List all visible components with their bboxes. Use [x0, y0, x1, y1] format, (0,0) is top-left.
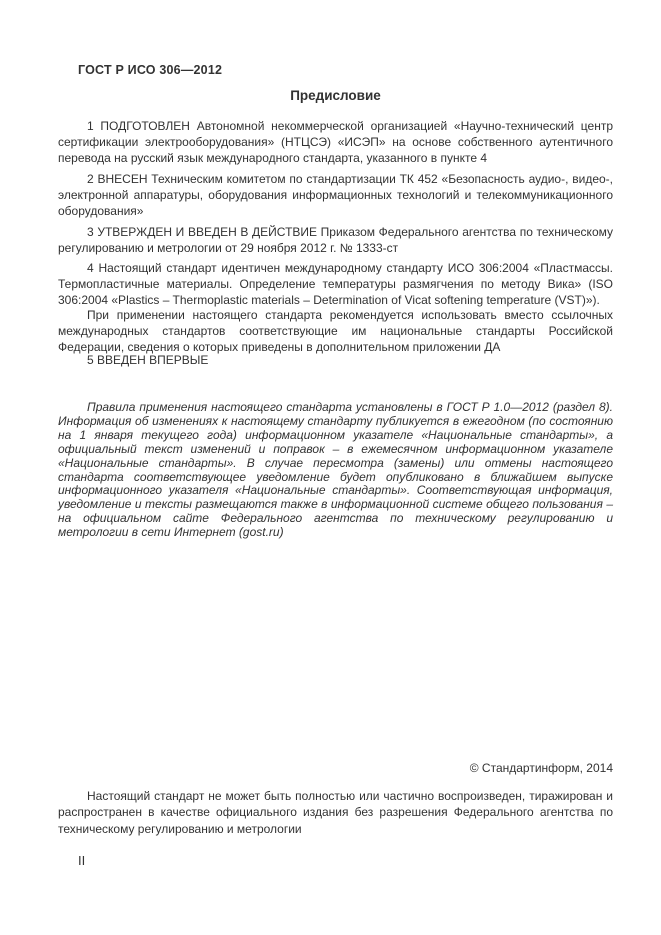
foreword-item-4: 4 Настоящий стандарт идентичен междунаро…: [58, 261, 613, 308]
page-title: Предисловие: [58, 88, 613, 103]
application-rules-note: Правила применения настоящего стандарта …: [58, 401, 613, 540]
document-page: ГОСТ Р ИСО 306—2012 Предисловие 1 ПОДГОТ…: [0, 0, 661, 935]
page-number: II: [78, 853, 85, 868]
foreword-item-3: 3 УТВЕРЖДЕН И ВВЕДЕН В ДЕЙСТВИЕ Приказом…: [58, 225, 613, 257]
foreword-item-2: 2 ВНЕСЕН Техническим комитетом по станда…: [58, 172, 613, 219]
foreword-item-4-continuation: При применении настоящего стандарта реко…: [58, 308, 613, 355]
document-header: ГОСТ Р ИСО 306—2012: [78, 63, 222, 77]
reproduction-notice: Настоящий стандарт не может быть полност…: [58, 788, 613, 837]
copyright-line: © Стандартинформ, 2014: [470, 761, 613, 775]
foreword-item-5: 5 ВВЕДЕН ВПЕРВЫЕ: [58, 353, 613, 369]
foreword-item-1: 1 ПОДГОТОВЛЕН Автономной некоммерческой …: [58, 119, 613, 166]
